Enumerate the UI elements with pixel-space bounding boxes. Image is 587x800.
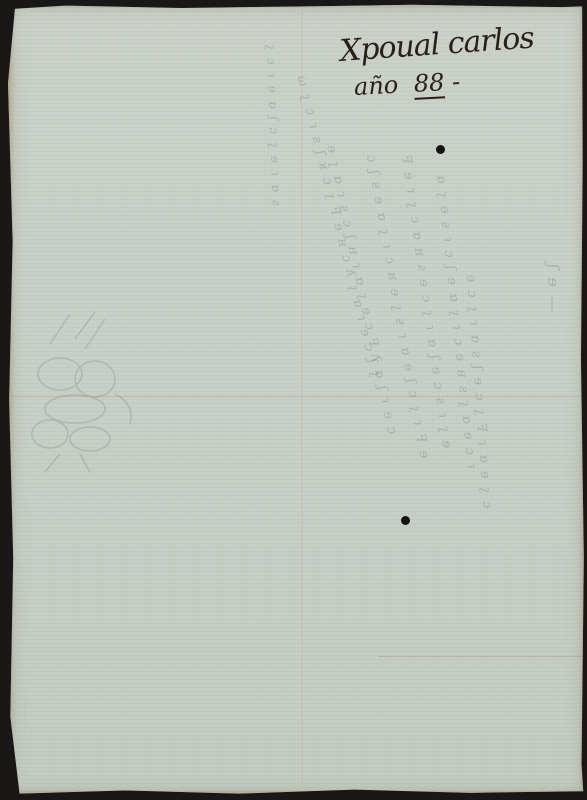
- bleed-through-text: ꟻ ɘ ɿ ʅ ɔ ɒ ʜ ꙅ ɘ ɔ ʅ ɿ ɒ ʃ ɘ ɔ ꙅ ɿ ʅ ɘ: [398, 154, 454, 451]
- bleed-through-text: ɘ ɔ ʅ ɿ ɒ ꙅ ʃ ɘ ɔ ʅ ꟻ ɿ ɒ ɘ ʅ ɔ: [463, 274, 494, 511]
- annotation-year-label: año: [353, 71, 399, 101]
- annotation-year-number: 88: [413, 68, 445, 98]
- horizontal-fold-line: [8, 396, 585, 398]
- bleed-through-text: ɘ ʅ ɒ ɿ ꙅ ɔ ʃ ʜ ɿ ɒ ʅ ɘ ɔ ꟻ ʎ ɒ ʃ ɿ ɘ ɔ: [323, 144, 399, 437]
- annotation-year-line: año 88 -: [353, 64, 534, 101]
- scanned-document: ω ʅ ɔ ɿ ꙅ ʃ ᴚ ɔ ʅ ꟻ ɘ ʜ ɔ ʎ ʅ ɒ ɿ ɘ ɔ ʃ …: [0, 0, 587, 800]
- lower-crease-line: [378, 656, 585, 657]
- annotation-dash: -: [451, 67, 461, 95]
- vertical-fold-line: [300, 4, 303, 796]
- handwritten-annotation: Xpoual carlos año 88 -: [340, 34, 534, 101]
- bleed-through-text: ɔ ʃ ꙅ ɘ ɒ ʅ ɿ ɔ ʜ ɘ ʅ ꙅ ɿ ɒ ɘ ʃ ɔ ʅ ɿ ꟻ …: [363, 154, 432, 461]
- bleed-through-text: ʃ ɘ —: [544, 264, 563, 314]
- bleed-through-text: ω ʅ ɔ ɿ ꙅ ʃ ᴚ ɔ ʅ ꟻ ɘ ʜ ɔ ʎ ʅ ɒ ɿ ɘ ɔ ʃ …: [293, 74, 383, 380]
- paper-sheet: ω ʅ ɔ ɿ ꙅ ʃ ᴚ ɔ ʅ ꟻ ɘ ʜ ɔ ʎ ʅ ɒ ɿ ɘ ɔ ʃ …: [8, 4, 585, 796]
- bleed-through-text: ʅ ɔ ɿ ɘ ɒ ʃ ɔ ʅ ɘ ɿ ɒ ꙅ: [264, 44, 284, 208]
- watermark-crest-icon: [20, 304, 150, 474]
- bleed-through-text: ɒ ʅ ɘ ꙅ ɿ ɔ ʃ ɘ ɒ ʅ ɿ ɔ ɘ ʜ ꙅ ʅ ɒ ɘ ɔ ɿ: [433, 174, 479, 472]
- punch-hole: [436, 145, 445, 154]
- punch-hole: [401, 516, 410, 525]
- annotation-name: Xpoual carlos: [339, 21, 535, 69]
